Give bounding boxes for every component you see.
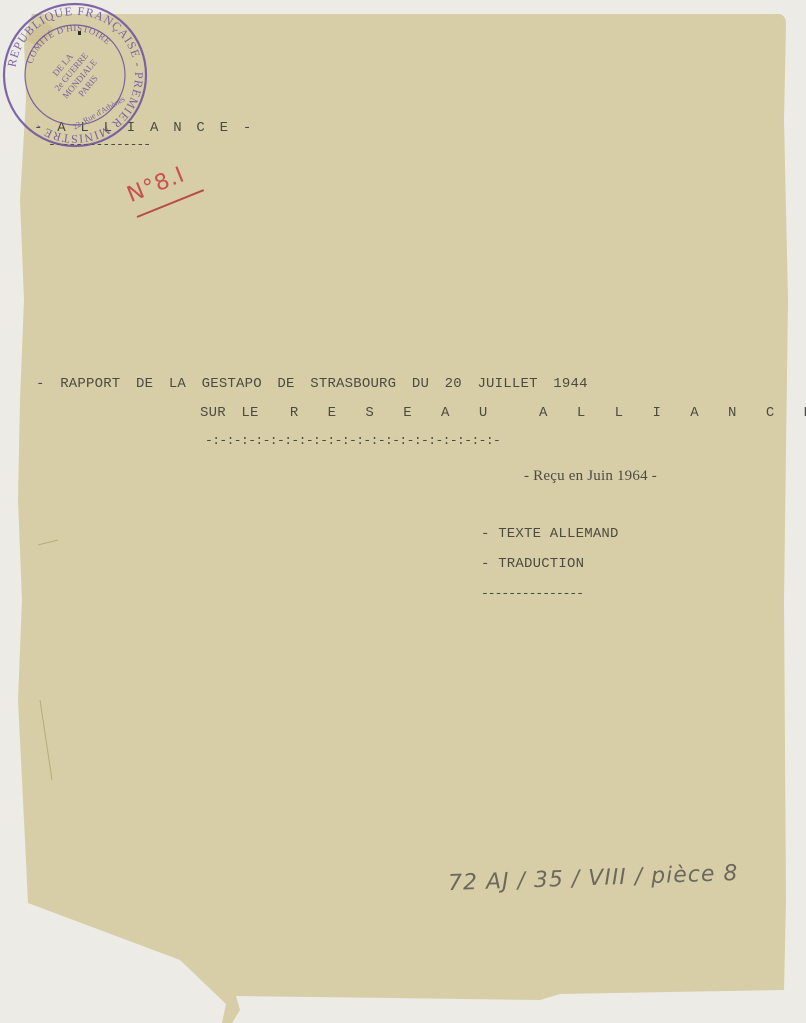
report-title-line1: - RAPPORT DE LA GESTAPO DE STRASBOURG DU… [36,376,588,392]
title-line2-prefix: SUR LE [200,405,259,421]
title-line2-network: R E S E A U A L L I A N C E [290,405,806,421]
report-title-line2: SUR LE R E S E A U A L L I A N C E - [200,405,806,421]
official-stamp: REPUBLIQUE FRANÇAISE - PREMIER MINISTRE … [0,0,150,150]
contents-item-translation: - TRADUCTION [481,556,584,572]
contents-item-german-text: - TEXTE ALLEMAND [481,526,619,542]
decorative-separator: -:-:-:-:-:-:-:-:-:-:-:-:-:-:-:-:-:-:-:-:… [205,433,500,448]
received-date: - Reçu en Juin 1964 - [524,468,657,485]
contents-underline: --------------- [481,586,583,601]
document-page: - A L L I A N C E - --------------- N°8.… [0,0,806,1023]
